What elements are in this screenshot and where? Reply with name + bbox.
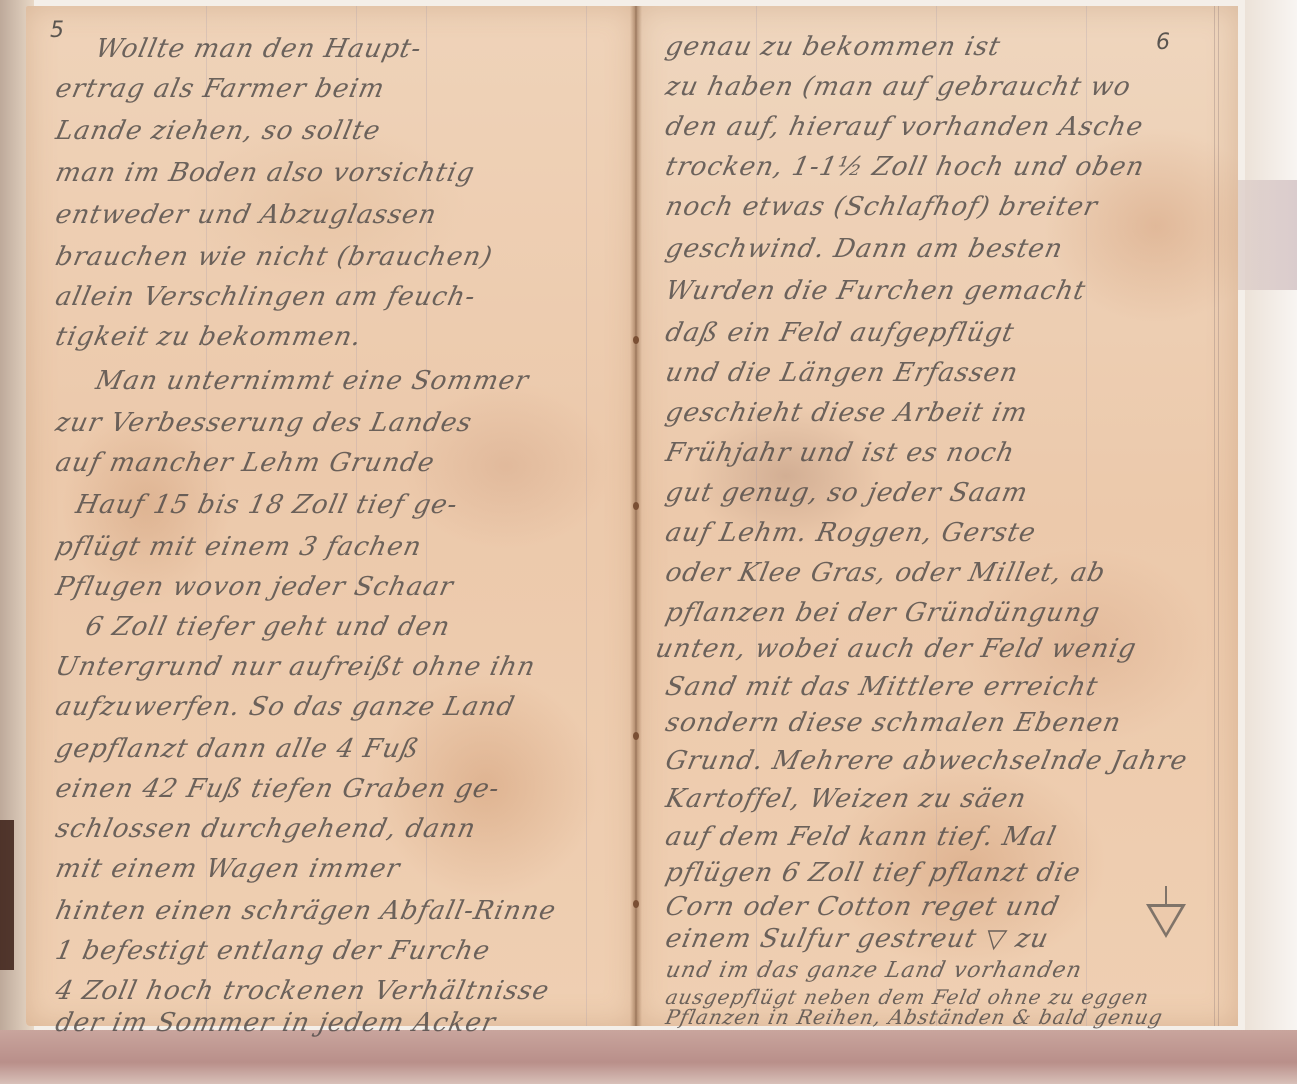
- text-line: brauchen wie nicht (brauchen): [52, 236, 625, 278]
- text-line: gut genug, so jeder Saam: [662, 472, 1227, 514]
- text-line: geschieht diese Arbeit im: [662, 392, 1227, 434]
- text-line: sondern diese schmalen Ebenen: [662, 702, 1227, 744]
- text-line: unten, wobei auch der Feld wenig: [652, 628, 1227, 670]
- text-line: aufzuwerfen. So das ganze Land: [52, 686, 625, 728]
- text-line: den auf, hierauf vorhanden Asche: [662, 106, 1227, 148]
- text-line: auf mancher Lehm Grunde: [52, 442, 625, 484]
- text-line: daß ein Feld aufgepflügt: [662, 312, 1227, 354]
- text-line: mit einem Wagen immer: [52, 848, 625, 890]
- text-line: man im Boden also vorsichtig: [52, 152, 625, 194]
- text-line: Lande ziehen, so sollte: [52, 110, 625, 152]
- text-line: gepflanzt dann alle 4 Fuß: [52, 728, 625, 770]
- binding-stitch: [633, 900, 639, 908]
- text-line: tigkeit zu bekommen.: [52, 316, 625, 358]
- text-line: pflügt mit einem 3 fachen: [52, 526, 625, 568]
- binding-stitch: [633, 336, 639, 344]
- text-line: und die Längen Erfassen: [662, 352, 1227, 394]
- binding-stitch: [633, 502, 639, 510]
- text-line: Pflanzen in Reihen, Abständen & bald gen…: [662, 996, 1227, 1038]
- text-line: schlossen durchgehend, dann: [52, 808, 625, 850]
- text-line: Frühjahr und ist es noch: [662, 432, 1227, 474]
- right-page: 6 genau zu bekommen ist zu haben (man au…: [636, 6, 1238, 1026]
- text-line: geschwind. Dann am besten: [662, 228, 1227, 270]
- handwritten-text-block: Wollte man den Haupt- ertrag als Farmer …: [26, 6, 636, 1026]
- text-line: allein Verschlingen am feuch-: [52, 276, 625, 318]
- text-line: hinten einen schrägen Abfall-Rinne: [52, 890, 625, 932]
- text-line: einen 42 Fuß tiefen Graben ge-: [52, 768, 625, 810]
- text-line: noch etwas (Schlafhof) breiter: [662, 186, 1227, 228]
- triangle-symbol-stem: [1165, 886, 1167, 904]
- binding-stitch: [633, 732, 639, 740]
- text-line: der im Sommer in jedem Acker: [52, 1002, 625, 1044]
- text-line: zu haben (man auf gebraucht wo: [662, 66, 1227, 108]
- text-line: auf Lehm. Roggen, Gerste: [662, 512, 1227, 554]
- text-line: zur Verbesserung des Landes: [52, 402, 625, 444]
- text-line: Pflugen wovon jeder Schaar: [52, 566, 625, 608]
- text-line: 6 Zoll tiefer geht und den: [82, 606, 625, 648]
- text-line: Hauf 15 bis 18 Zoll tief ge-: [72, 484, 625, 526]
- text-line: 1 befestigt entlang der Furche: [52, 930, 625, 972]
- text-line: Wollte man den Haupt-: [92, 28, 625, 70]
- text-line: genau zu bekommen ist: [662, 26, 1153, 68]
- text-line: entweder und Abzuglassen: [52, 194, 625, 236]
- text-line: ertrag als Farmer beim: [52, 68, 625, 110]
- text-line: Untergrund nur aufreißt ohne ihn: [52, 646, 625, 688]
- shadow-edge: [0, 820, 14, 970]
- book-gutter: [630, 6, 642, 1026]
- text-line: trocken, 1-1½ Zoll hoch und oben: [662, 146, 1227, 188]
- text-line: oder Klee Gras, oder Millet, ab: [662, 552, 1227, 594]
- text-line: Man unternimmt eine Sommer: [92, 360, 625, 402]
- background-surface: [1245, 0, 1297, 1084]
- text-line: Wurden die Furchen gemacht: [662, 270, 1227, 312]
- handwritten-text-block: genau zu bekommen ist zu haben (man auf …: [636, 6, 1238, 1026]
- text-line: Kartoffel, Weizen zu säen: [662, 778, 1227, 820]
- text-line: Grund. Mehrere abwechselnde Jahre: [662, 740, 1227, 782]
- left-page: 5 Wollte man den Haupt- ertrag als Farme…: [26, 6, 636, 1026]
- triangle-down-icon: [1146, 904, 1186, 938]
